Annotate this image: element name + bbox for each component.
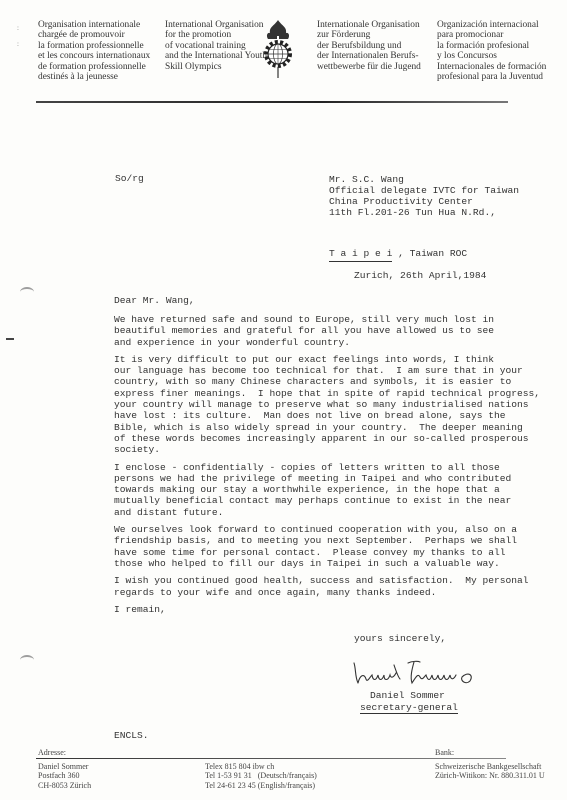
letterhead-french: Organisation internationalechargée de pr… <box>38 20 150 82</box>
text-line: de formation professionnelle <box>38 62 150 72</box>
text-line: zur Förderung <box>317 30 421 40</box>
text-line: Skill Olympics <box>165 62 267 72</box>
letter-body: We have returned safe and sound to Europ… <box>114 314 567 604</box>
recipient-lines: Mr. S.C. WangOfficial delegate IVTC for … <box>329 174 519 219</box>
margin-mark: : <box>17 40 19 48</box>
footer-address-label: Adresse: <box>38 748 66 757</box>
fold-mark <box>6 338 14 340</box>
hole-punch-mark <box>20 287 34 297</box>
hole-punch-mark <box>20 655 34 665</box>
signer-name: Daniel Sommer <box>370 690 445 701</box>
text-line: destinés à la jeunesse <box>38 72 150 82</box>
closing-sincerely: yours sincerely, <box>354 633 446 644</box>
footer-bank: Schweizerische BankgesellschaftZürich-Wi… <box>435 762 545 781</box>
text-line: Zürich-Witikon: Nr. 880.311.01 U <box>435 771 545 780</box>
text-line: para promocionar <box>437 30 546 40</box>
footer-phone: Telex 815 804 ibw chTel 1-53 91 31 (Deut… <box>205 762 317 790</box>
text-line: Telex 815 804 ibw ch <box>205 762 317 771</box>
text-line: Postfach 360 <box>38 771 91 780</box>
recipient-address: Mr. S.C. WangOfficial delegate IVTC for … <box>329 151 519 273</box>
closing-remain: I remain, <box>114 604 166 615</box>
text-line: wettbewerbe für die Jugend <box>317 62 421 72</box>
letterhead-divider <box>36 101 508 103</box>
text-line: et les concours internationaux <box>38 51 150 61</box>
body-paragraph: I enclose - confidentially - copies of l… <box>114 462 567 518</box>
text-line: Tel 24-61 23 45 (English/français) <box>205 781 317 790</box>
letterhead-german: Internationale Organisationzur Förderung… <box>317 20 421 72</box>
text-line: Internationale Organisation <box>317 20 421 30</box>
footer-bank-label: Bank: <box>435 748 454 757</box>
body-paragraph: I wish you continued good health, succes… <box>114 575 567 598</box>
text-line: Internacionales de formación <box>437 62 546 72</box>
handwritten-signature-icon <box>350 655 480 690</box>
recipient-country: , Taiwan ROC <box>392 248 467 259</box>
text-line: CH-8053 Zürich <box>38 781 91 790</box>
text-line: Organisation internationale <box>38 20 150 30</box>
text-line: Schweizerische Bankgesellschaft <box>435 762 545 771</box>
text-line: der Internationalen Berufs- <box>317 51 421 61</box>
signer-title-text: secretary-general <box>360 702 458 714</box>
text-line: der Berufsbildung und <box>317 41 421 51</box>
text-line: Daniel Sommer <box>38 762 91 771</box>
recipient-city-line: T a i p e i , Taiwan ROC <box>329 248 519 261</box>
body-paragraph: We ourselves look forward to continued c… <box>114 524 567 569</box>
text-line: Organización internacional <box>437 20 546 30</box>
text-line: profesional para la Juventud <box>437 72 546 82</box>
text-line: for the promotion <box>165 30 267 40</box>
text-line: Official delegate IVTC for Taiwan <box>329 185 519 196</box>
text-line: la formación profesional <box>437 41 546 51</box>
text-line: la formation professionnelle <box>38 41 150 51</box>
text-line: of vocational training <box>165 41 267 51</box>
letter-date: Zurich, 26th April,1984 <box>354 270 486 281</box>
text-line: Mr. S.C. Wang <box>329 174 519 185</box>
reference-code: So/rg <box>115 173 144 184</box>
text-line: International Organisation <box>165 20 267 30</box>
text-line: 11th Fl.201-26 Tun Hua N.Rd., <box>329 207 519 218</box>
enclosures-note: ENCLS. <box>114 730 149 741</box>
salutation: Dear Mr. Wang, <box>114 295 195 306</box>
text-line: chargée de promouvoir <box>38 30 150 40</box>
letterhead-english: International Organisationfor the promot… <box>165 20 267 72</box>
text-line: y los Concursos <box>437 51 546 61</box>
text-line: Tel 1-53 91 31 (Deutsch/français) <box>205 771 317 780</box>
text-line: and the International Youth <box>165 51 267 61</box>
footer-address: Daniel SommerPostfach 360CH-8053 Zürich <box>38 762 91 790</box>
body-paragraph: We have returned safe and sound to Europ… <box>114 314 567 348</box>
text-line: China Productivity Center <box>329 196 519 207</box>
footer-divider <box>36 758 506 759</box>
signer-title: secretary-general <box>360 702 458 713</box>
body-paragraph: It is very difficult to put our exact fe… <box>114 354 567 456</box>
globe-gear-flame-logo-icon <box>253 18 303 78</box>
margin-mark: : <box>17 24 19 32</box>
recipient-city: T a i p e i <box>329 248 392 261</box>
letterhead-spanish: Organización internacionalpara promocion… <box>437 20 546 82</box>
